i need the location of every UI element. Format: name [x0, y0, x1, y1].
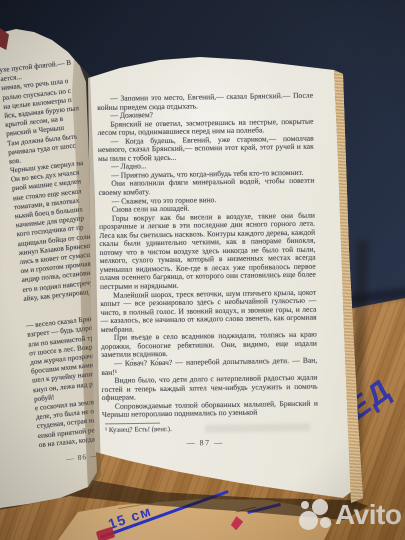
- avito-wordmark: Avito: [335, 501, 401, 529]
- book-paragraph: Горы вокруг как бы висели в воздухе, так…: [99, 211, 316, 291]
- book-photo: 15 см ЕД ухе пустой флягой.— Вается...ни…: [0, 0, 405, 540]
- right-page-text: — Запомни это место, Евгений,— сказал Бр…: [97, 92, 318, 420]
- avito-logo-dots-icon: [298, 497, 333, 532]
- book-paragraph: Малейший шорох, треск веточки, шум птичь…: [100, 288, 317, 334]
- book-paragraph: — Когда будешь, Евгений, уже стариком,— …: [98, 134, 314, 163]
- avito-watermark: Avito: [298, 497, 401, 532]
- book-paragraph: Сопровождаемые толпой оборванных малышей…: [102, 399, 318, 419]
